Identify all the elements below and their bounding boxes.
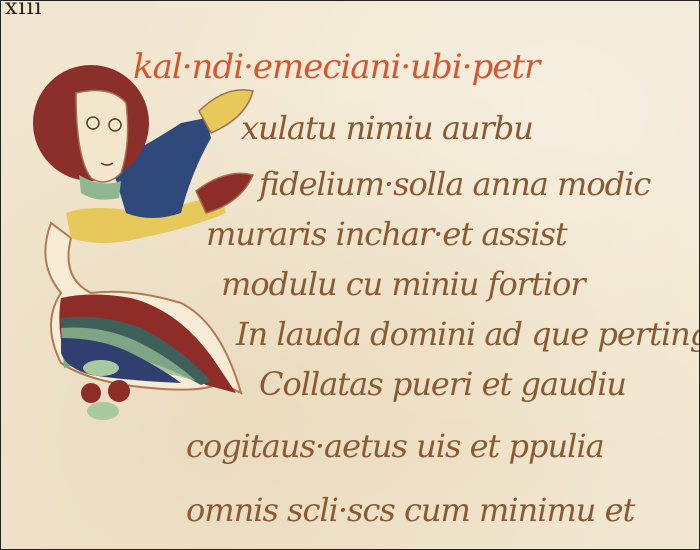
text-line: fidelium·solla anna modic bbox=[259, 165, 650, 203]
text-line: Collatas pueri et gaudiu bbox=[259, 365, 626, 403]
text-line: muraris inchar·et assist bbox=[206, 215, 567, 253]
text-line: In lauda domini ad que pertingu: bbox=[236, 315, 700, 353]
text-line: modulu cu miniu fortior bbox=[221, 265, 585, 303]
folio-number: xiii bbox=[5, 0, 43, 20]
manuscript-page: xiii kal·ndi·emeciani·ubi·petr xulatu ni… bbox=[0, 0, 700, 550]
text-line: xulatu nimiu aurbu bbox=[241, 109, 533, 147]
text-line: cogitaus·aetus uis et ppulia bbox=[186, 427, 604, 465]
text-line: omnis scli·scs cum minimu et bbox=[186, 491, 634, 529]
